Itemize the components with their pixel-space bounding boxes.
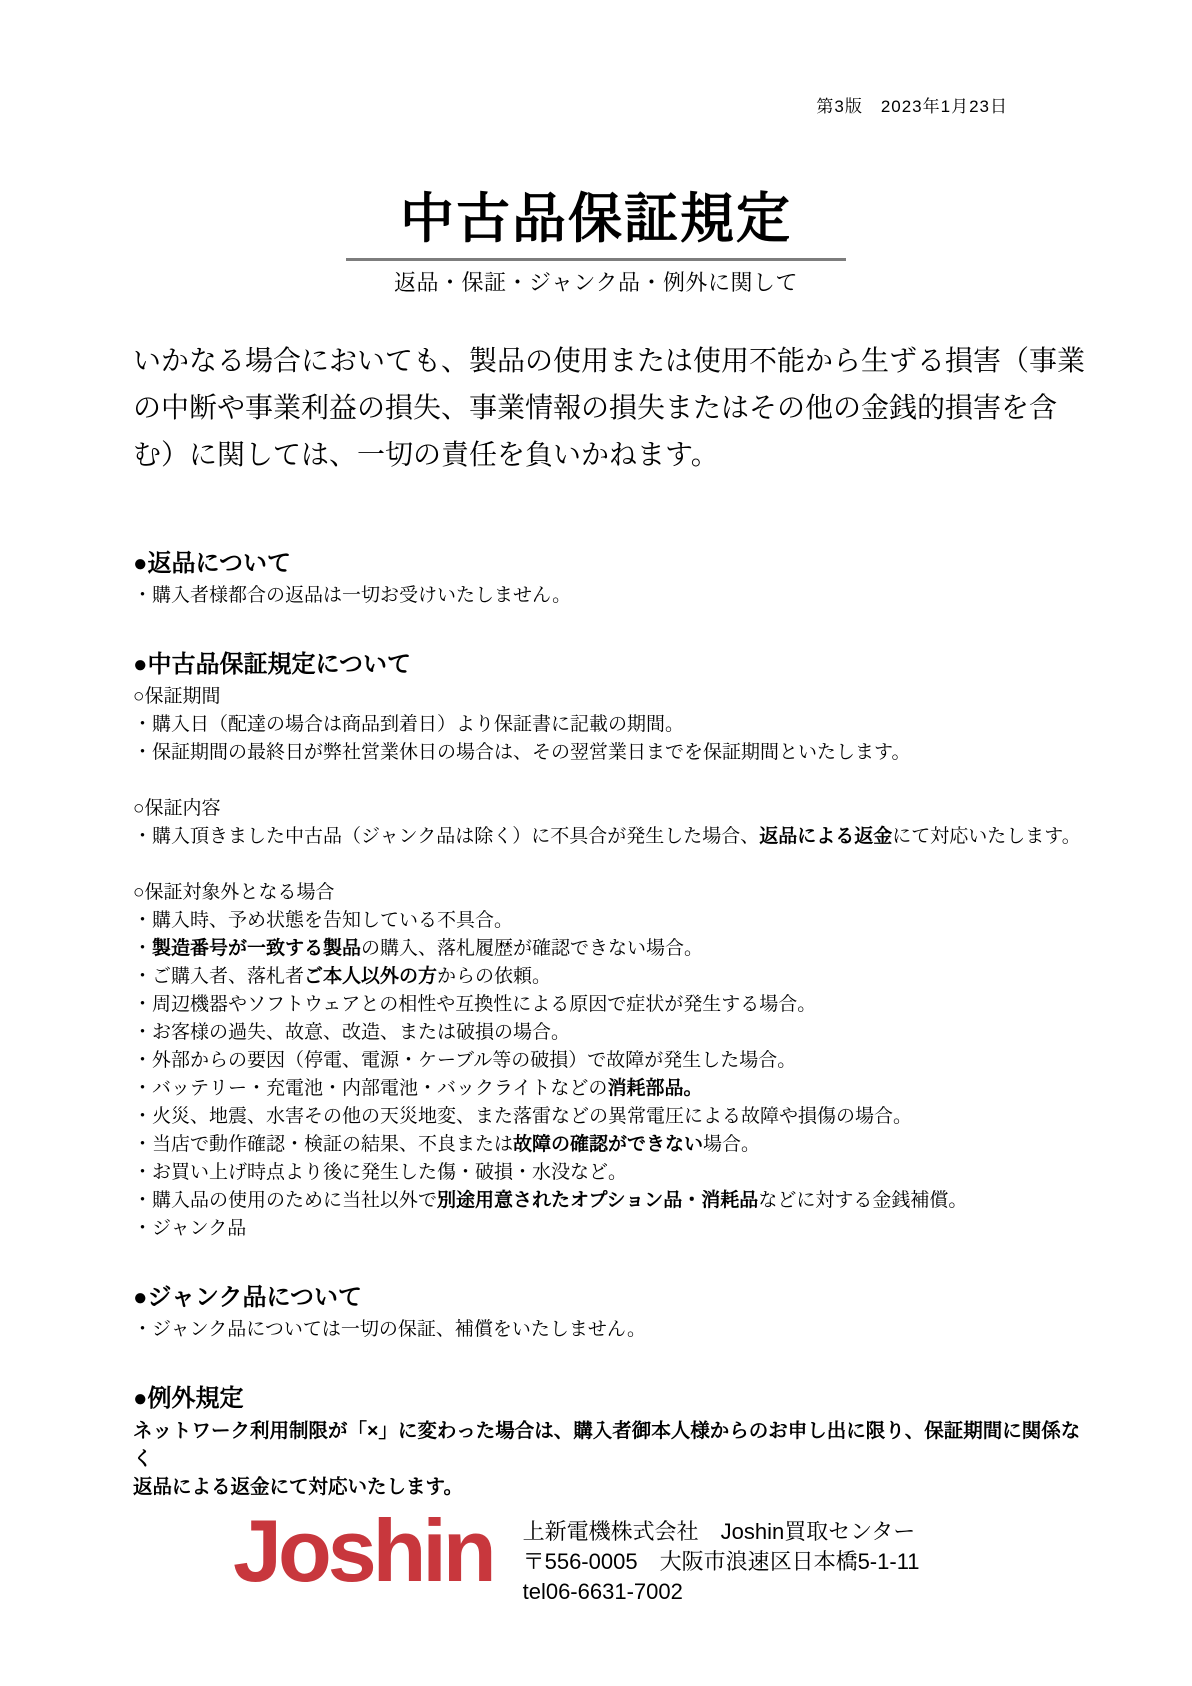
edition-date: 第3版 2023年1月23日 bbox=[816, 92, 1008, 117]
subsection-heading: ○保証期間 bbox=[133, 683, 1095, 711]
footer-tel-line: tel06-6631-7002 bbox=[523, 1577, 920, 1607]
subsection: ○保証内容・購入頂きました中古品（ジャンク品は除く）に不具合が発生した場合、返品… bbox=[133, 795, 1095, 851]
list-item: ・製造番号が一致する製品の購入、落札履歴が確認できない場合。 bbox=[133, 935, 1095, 963]
subsection-heading: ○保証内容 bbox=[133, 795, 1095, 823]
list-item: ・周辺機器やソフトウェアとの相性や互換性による原因で症状が発生する場合。 bbox=[133, 991, 1095, 1019]
list-item: ・当店で動作確認・検証の結果、不良または故障の確認ができない場合。 bbox=[133, 1131, 1095, 1159]
subsection: ・ジャンク品については一切の保証、補償をいたしません。 bbox=[133, 1316, 1095, 1344]
list-item: ・ジャンク品については一切の保証、補償をいたしません。 bbox=[133, 1316, 1095, 1344]
section-heading: ●ジャンク品について bbox=[133, 1283, 1095, 1313]
section-heading: ●例外規定 bbox=[133, 1384, 1095, 1414]
joshin-logo: Joshin bbox=[233, 1505, 493, 1597]
list-item: ・ジャンク品 bbox=[133, 1215, 1095, 1243]
section: ●ジャンク品について・ジャンク品については一切の保証、補償をいたしません。 bbox=[133, 1283, 1095, 1344]
section: ●中古品保証規定について○保証期間・購入日（配達の場合は商品到着日）より保証書に… bbox=[133, 650, 1095, 1243]
subsection-heading: ○保証対象外となる場合 bbox=[133, 879, 1095, 907]
list-item: ・保証期間の最終日が弊社営業休日の場合は、その翌営業日までを保証期間といたします… bbox=[133, 739, 1095, 767]
document-body: いかなる場合においても、製品の使用または使用不能から生ずる損害（事業 の中断や事… bbox=[133, 338, 1095, 1501]
document-page: 第3版 2023年1月23日 中古品保証規定 返品・保証・ジャンク品・例外に関し… bbox=[0, 0, 1192, 1686]
footer-contact-block: 上新電機株式会社 Joshin買取センター 〒556-0005 大阪市浪速区日本… bbox=[523, 1505, 920, 1607]
title-rule bbox=[346, 258, 846, 261]
list-item: ・購入品の使用のために当社以外で別途用意されたオプション品・消耗品などに対する金… bbox=[133, 1187, 1095, 1215]
footer: Joshin 上新電機株式会社 Joshin買取センター 〒556-0005 大… bbox=[233, 1505, 920, 1607]
list-item: 返品による返金にて対応いたします。 bbox=[133, 1473, 1095, 1501]
section: ●例外規定ネットワーク利用制限が「×」に変わった場合は、購入者御本人様からのお申… bbox=[133, 1384, 1095, 1501]
page-title: 中古品保証規定 bbox=[0, 190, 1192, 249]
subsection: ○保証対象外となる場合・購入時、予め状態を告知している不具合。・製造番号が一致す… bbox=[133, 879, 1095, 1243]
list-item: ・購入日（配達の場合は商品到着日）より保証書に記載の期間。 bbox=[133, 711, 1095, 739]
list-item: ・外部からの要因（停電、電源・ケーブル等の破損）で故障が発生した場合。 bbox=[133, 1047, 1095, 1075]
section-heading: ●中古品保証規定について bbox=[133, 650, 1095, 680]
list-item: ・お客様の過失、故意、改造、または破損の場合。 bbox=[133, 1019, 1095, 1047]
list-item: ・購入時、予め状態を告知している不具合。 bbox=[133, 907, 1095, 935]
section-heading: ●返品について bbox=[133, 549, 1095, 579]
title-block: 中古品保証規定 返品・保証・ジャンク品・例外に関して bbox=[0, 190, 1192, 297]
subsection: ○保証期間・購入日（配達の場合は商品到着日）より保証書に記載の期間。・保証期間の… bbox=[133, 683, 1095, 767]
list-item: ネットワーク利用制限が「×」に変わった場合は、購入者御本人様からのお申し出に限り… bbox=[133, 1417, 1095, 1473]
sections-container: ●返品について・購入者様都合の返品は一切お受けいたしません。●中古品保証規定につ… bbox=[133, 549, 1095, 1501]
disclaimer-paragraph: いかなる場合においても、製品の使用または使用不能から生ずる損害（事業 の中断や事… bbox=[133, 338, 1095, 479]
section: ●返品について・購入者様都合の返品は一切お受けいたしません。 bbox=[133, 549, 1095, 610]
list-item: ・ご購入者、落札者ご本人以外の方からの依頼。 bbox=[133, 963, 1095, 991]
list-item: ・購入者様都合の返品は一切お受けいたしません。 bbox=[133, 582, 1095, 610]
list-item: ・火災、地震、水害その他の天災地変、また落雷などの異常電圧による故障や損傷の場合… bbox=[133, 1103, 1095, 1131]
footer-company-line: 上新電機株式会社 Joshin買取センター bbox=[523, 1517, 920, 1547]
subsection: ・購入者様都合の返品は一切お受けいたしません。 bbox=[133, 582, 1095, 610]
list-item: ・お買い上げ時点より後に発生した傷・破損・水没など。 bbox=[133, 1159, 1095, 1187]
subsection: ネットワーク利用制限が「×」に変わった場合は、購入者御本人様からのお申し出に限り… bbox=[133, 1417, 1095, 1501]
page-subtitle: 返品・保証・ジャンク品・例外に関して bbox=[0, 266, 1192, 297]
list-item: ・購入頂きました中古品（ジャンク品は除く）に不具合が発生した場合、返品による返金… bbox=[133, 823, 1095, 851]
list-item: ・バッテリー・充電池・内部電池・バックライトなどの消耗部品。 bbox=[133, 1075, 1095, 1103]
footer-address-line: 〒556-0005 大阪市浪速区日本橋5-1-11 bbox=[523, 1547, 920, 1577]
